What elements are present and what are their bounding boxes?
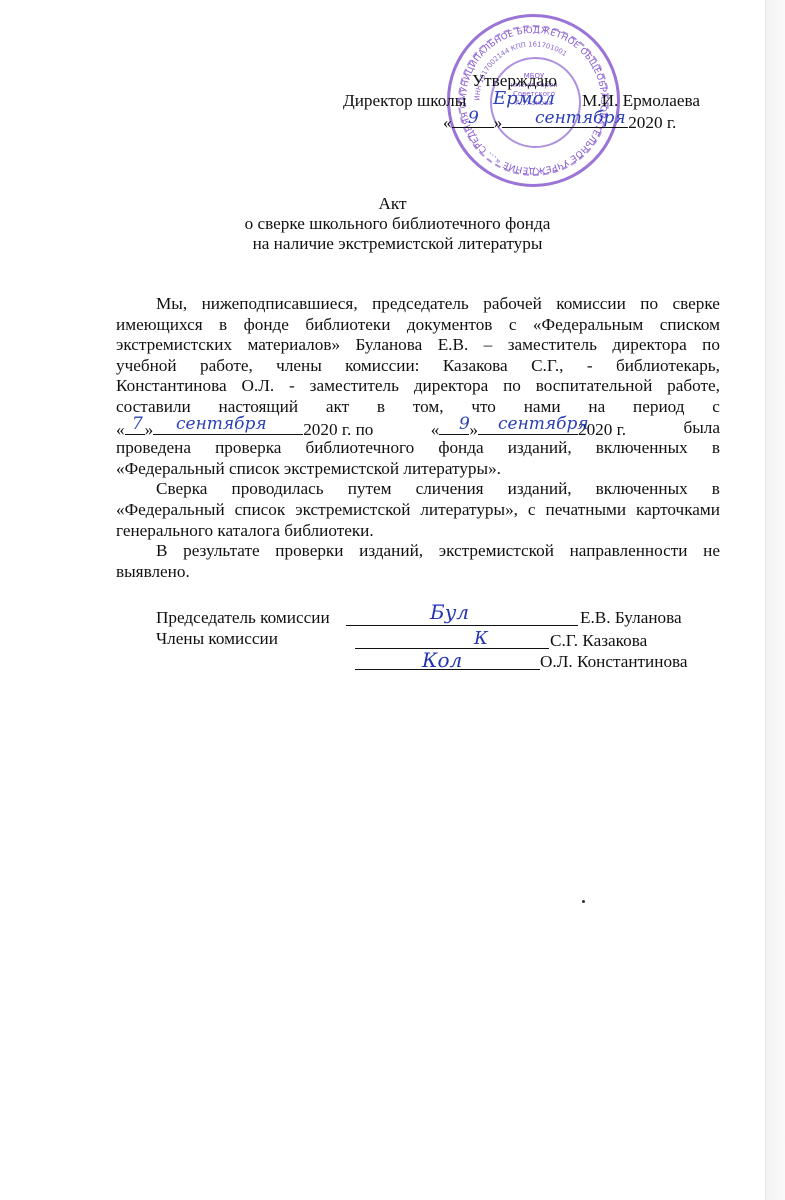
word: Казакова [443, 356, 508, 377]
word: выявлено. [116, 562, 190, 583]
quote-close: » [145, 420, 154, 439]
quote-open: « [116, 420, 125, 439]
word: Сверка [156, 479, 207, 500]
director-signature: Ермол [493, 88, 555, 109]
word: была [683, 418, 720, 439]
word: фонде [244, 315, 289, 336]
word: проводилась [232, 479, 324, 500]
word: литературы», [420, 500, 518, 521]
quote-close: » [494, 113, 503, 132]
approval-month-handwritten: сентября [535, 108, 626, 128]
from-year: 2020 г. по [303, 420, 373, 439]
word: что [471, 397, 496, 418]
member2-name: О.Л. Константинова [540, 652, 688, 673]
word: экстремистской [439, 541, 554, 562]
word: рабочей [483, 294, 542, 315]
word: директора [612, 335, 686, 356]
word: Мы, [156, 294, 187, 315]
word: проверка [215, 438, 281, 459]
word: «Федеральный [116, 500, 225, 521]
word: - [587, 356, 593, 377]
word: изданий, [508, 438, 572, 459]
word: работе, [200, 356, 253, 377]
quote-close: » [469, 420, 478, 439]
word: проверки [275, 541, 343, 562]
word: генерального каталога библиотеки. [116, 521, 374, 542]
word: документов [407, 315, 493, 336]
text-line: «Федеральный список экстремистской литер… [116, 459, 720, 480]
chair-label: Председатель комиссии [156, 608, 330, 629]
member2-signature: Кол [422, 648, 462, 672]
word: направленности [570, 541, 688, 562]
word: акт [326, 397, 349, 418]
word: путем [348, 479, 392, 500]
word: учебной [116, 356, 177, 377]
word: С.Г., [531, 356, 563, 377]
document-subtitle-2: на наличие экстремистской литературы [0, 234, 785, 255]
chair-name: Е.В. Буланова [580, 608, 682, 629]
text-line: проведенапроверкабиблиотечногофондаиздан… [116, 438, 720, 459]
word: Е.В. [438, 335, 469, 356]
word: заместитель [310, 376, 399, 397]
word: в [712, 438, 720, 459]
text-line: КонстантиноваО.Л.-заместительдиректорапо… [116, 376, 720, 397]
word: Буланова [355, 335, 422, 356]
word: воспитательной [536, 376, 653, 397]
word: библиотеки [305, 315, 390, 336]
member1-signature: К [474, 628, 488, 649]
word: том, [413, 397, 444, 418]
word: материалов» [248, 335, 341, 356]
word: библиотечного [305, 438, 414, 459]
word: проведена [116, 438, 191, 459]
word: включенных [596, 438, 688, 459]
period-line: «»2020 г. по «»2020 г. была 7 сентября 9… [116, 418, 720, 439]
paragraph-2-line: «Федеральныйсписокэкстремистскойлитерату… [116, 500, 720, 521]
word: председатель [372, 294, 469, 315]
text-line: имеющихсявфондебиблиотекидокументовс«Фед… [116, 315, 720, 336]
document-title: Акт [0, 194, 785, 215]
word: О.Л. [241, 376, 274, 397]
word: «Федеральный список экстремистской литер… [116, 459, 501, 480]
word: в [712, 479, 720, 500]
word: экстремистской [295, 500, 410, 521]
word: заместитель [508, 335, 597, 356]
word: результате [183, 541, 260, 562]
word: имеющихся [116, 315, 203, 336]
quote-open: « [443, 113, 452, 132]
word: карточками [636, 500, 720, 521]
director-label: Директор школы [343, 91, 466, 112]
word: по [503, 376, 521, 397]
scan-speck [582, 900, 585, 903]
from-day-handwritten: 7 [132, 414, 143, 435]
chair-signature-line [346, 625, 578, 626]
to-day-handwritten: 9 [459, 414, 470, 435]
text-line: Мы,нижеподписавшиеся,председательрабочей… [116, 294, 720, 315]
word: по [640, 294, 658, 315]
paragraph-1: Мы,нижеподписавшиеся,председательрабочей… [116, 294, 720, 582]
text-line: учебнойработе,членыкомиссии:КазаковаС.Г.… [116, 356, 720, 377]
word: с [712, 397, 720, 418]
word: «Федеральным [533, 315, 643, 336]
word: работе, [667, 376, 720, 397]
word: сверке [673, 294, 720, 315]
word: не [703, 541, 720, 562]
word: на [588, 397, 605, 418]
word: в [377, 397, 385, 418]
word: комиссии [556, 294, 625, 315]
word: список [235, 500, 286, 521]
word: В [156, 541, 167, 562]
text-line: экстремистскихматериалов»БулановаЕ.В.–за… [116, 335, 720, 356]
word: директора [414, 376, 488, 397]
word: – [484, 335, 493, 356]
word: члены [276, 356, 322, 377]
word: сличения [416, 479, 484, 500]
paragraph-2-line: Сверкапроводиласьпутемсличенияизданий,вк… [116, 479, 720, 500]
scanned-document-page: МУНИЦИПАЛЬНОЕ БЮДЖЕТНОЕ ОБЩЕОБРАЗОВАТЕЛЬ… [0, 0, 785, 1200]
word: изданий, [359, 541, 423, 562]
word: комиссии: [345, 356, 419, 377]
word: по [702, 335, 720, 356]
word: включенных [596, 479, 688, 500]
scan-edge-shadow [765, 0, 785, 1200]
word: в [219, 315, 227, 336]
word: период [633, 397, 684, 418]
word: печатными [546, 500, 627, 521]
members-label: Члены комиссии [156, 629, 278, 650]
to-month-handwritten: сентября [498, 414, 589, 435]
word: экстремистских [116, 335, 232, 356]
document-subtitle-1: о сверке школьного библиотечного фонда [0, 214, 785, 235]
paragraph-3-line: Врезультатепроверкиизданий,экстремистско… [116, 541, 720, 562]
paragraph-3-line: выявлено. [116, 562, 720, 583]
word: с [509, 315, 517, 336]
word: - [289, 376, 295, 397]
word: изданий, [508, 479, 572, 500]
from-month-handwritten: сентября [176, 414, 267, 435]
word: с [528, 500, 536, 521]
paragraph-2-line: генерального каталога библиотеки. [116, 521, 720, 542]
approval-day-handwritten: 9 [468, 108, 479, 128]
approval-year: 2020 г. [628, 113, 676, 132]
word: фонда [438, 438, 483, 459]
member1-name: С.Г. Казакова [550, 631, 647, 652]
word: списком [660, 315, 720, 336]
chair-signature: Бул [430, 600, 469, 624]
word: нижеподписавшиеся, [202, 294, 358, 315]
quote-open: « [431, 420, 440, 439]
word: Константинова [116, 376, 227, 397]
word: библиотекарь, [616, 356, 720, 377]
